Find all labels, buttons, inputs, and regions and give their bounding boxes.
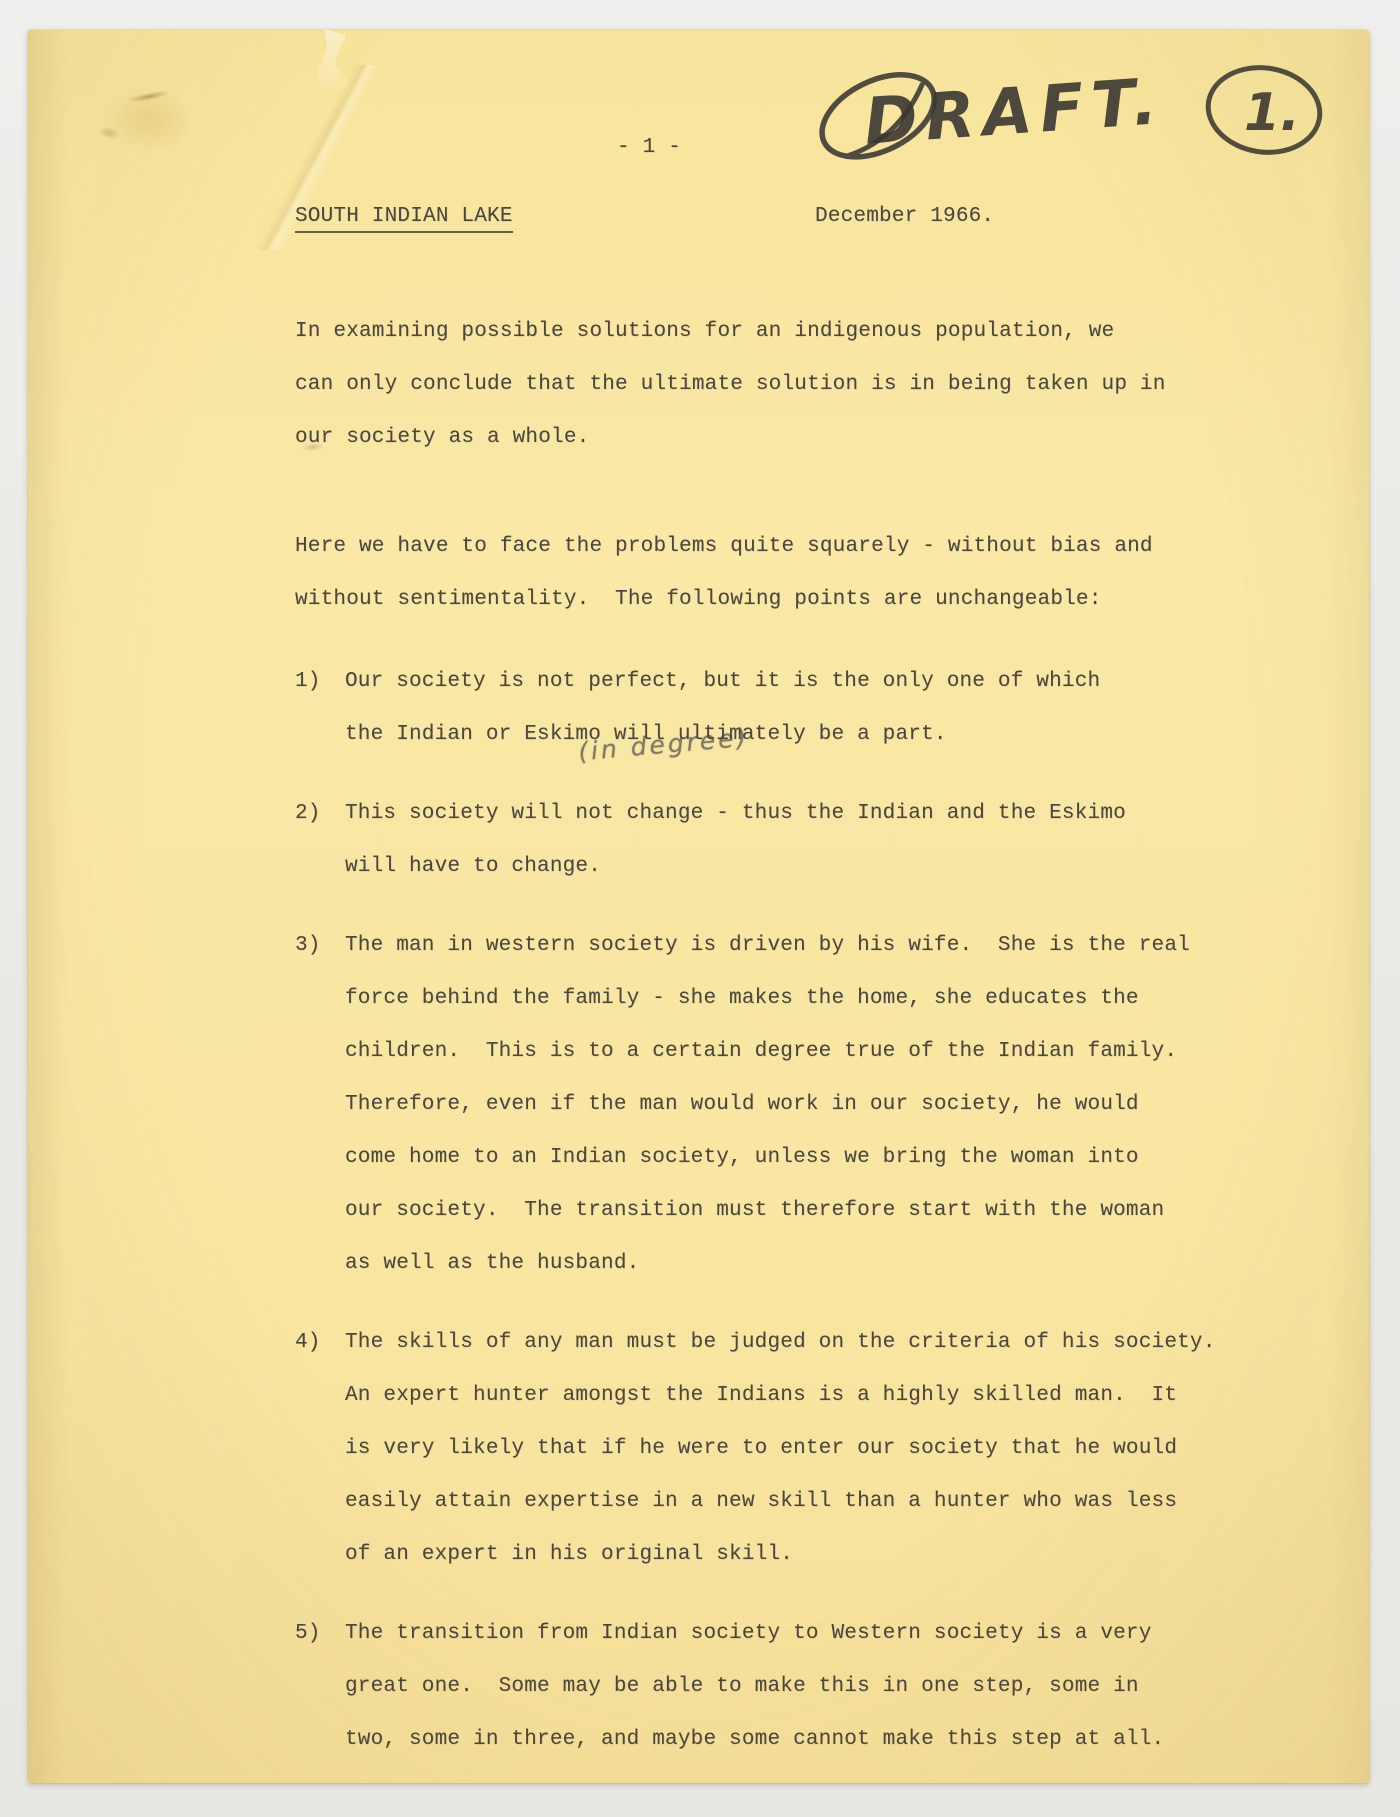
- numbered-list: 1) Our society is not perfect, but it is…: [295, 655, 1225, 1766]
- numbered-item: 2) This society will not change - thus t…: [295, 787, 1225, 893]
- item-text: The man in western society is driven by …: [345, 919, 1225, 1290]
- draft-number-text: 1.: [1244, 83, 1300, 143]
- document-title: SOUTH INDIAN LAKE: [295, 205, 513, 233]
- page-number: - 1 -: [617, 121, 681, 174]
- numbered-item: 1) Our society is not perfect, but it is…: [295, 655, 1225, 761]
- paragraph-intro: In examining possible solutions for an i…: [295, 305, 1225, 464]
- numbered-item: 3) The man in western society is driven …: [295, 919, 1225, 1290]
- document-date: December 1966.: [815, 190, 994, 243]
- item-text: This society will not change - thus the …: [345, 787, 1225, 893]
- item-number: 5): [295, 1607, 321, 1660]
- numbered-item: 4) The skills of any man must be judged …: [295, 1316, 1225, 1581]
- item-number: 3): [295, 919, 321, 972]
- paper-stain: [83, 72, 213, 167]
- item-text: The transition from Indian society to We…: [345, 1607, 1225, 1766]
- draft-text: DRAFT.: [862, 65, 1167, 160]
- item-number: 4): [295, 1316, 321, 1369]
- document-header: SOUTH INDIAN LAKE December 1966.: [295, 190, 1225, 243]
- paragraph-problems: Here we have to face the problems quite …: [295, 520, 1225, 626]
- document-body: SOUTH INDIAN LAKE December 1966. In exam…: [295, 190, 1225, 1792]
- item-text: Our society is not perfect, but it is th…: [345, 655, 1225, 761]
- item-number: 2): [295, 787, 321, 840]
- draft-handwritten-annotation: DRAFT. 1.: [806, 32, 1346, 182]
- document-paper: - 1 - DRAFT. 1. (in degree) SOUTH INDIAN…: [28, 30, 1369, 1783]
- numbered-item: 5) The transition from Indian society to…: [295, 1607, 1225, 1766]
- item-number: 1): [295, 655, 321, 708]
- item-text: The skills of any man must be judged on …: [345, 1316, 1225, 1581]
- paper-tear: [310, 29, 368, 111]
